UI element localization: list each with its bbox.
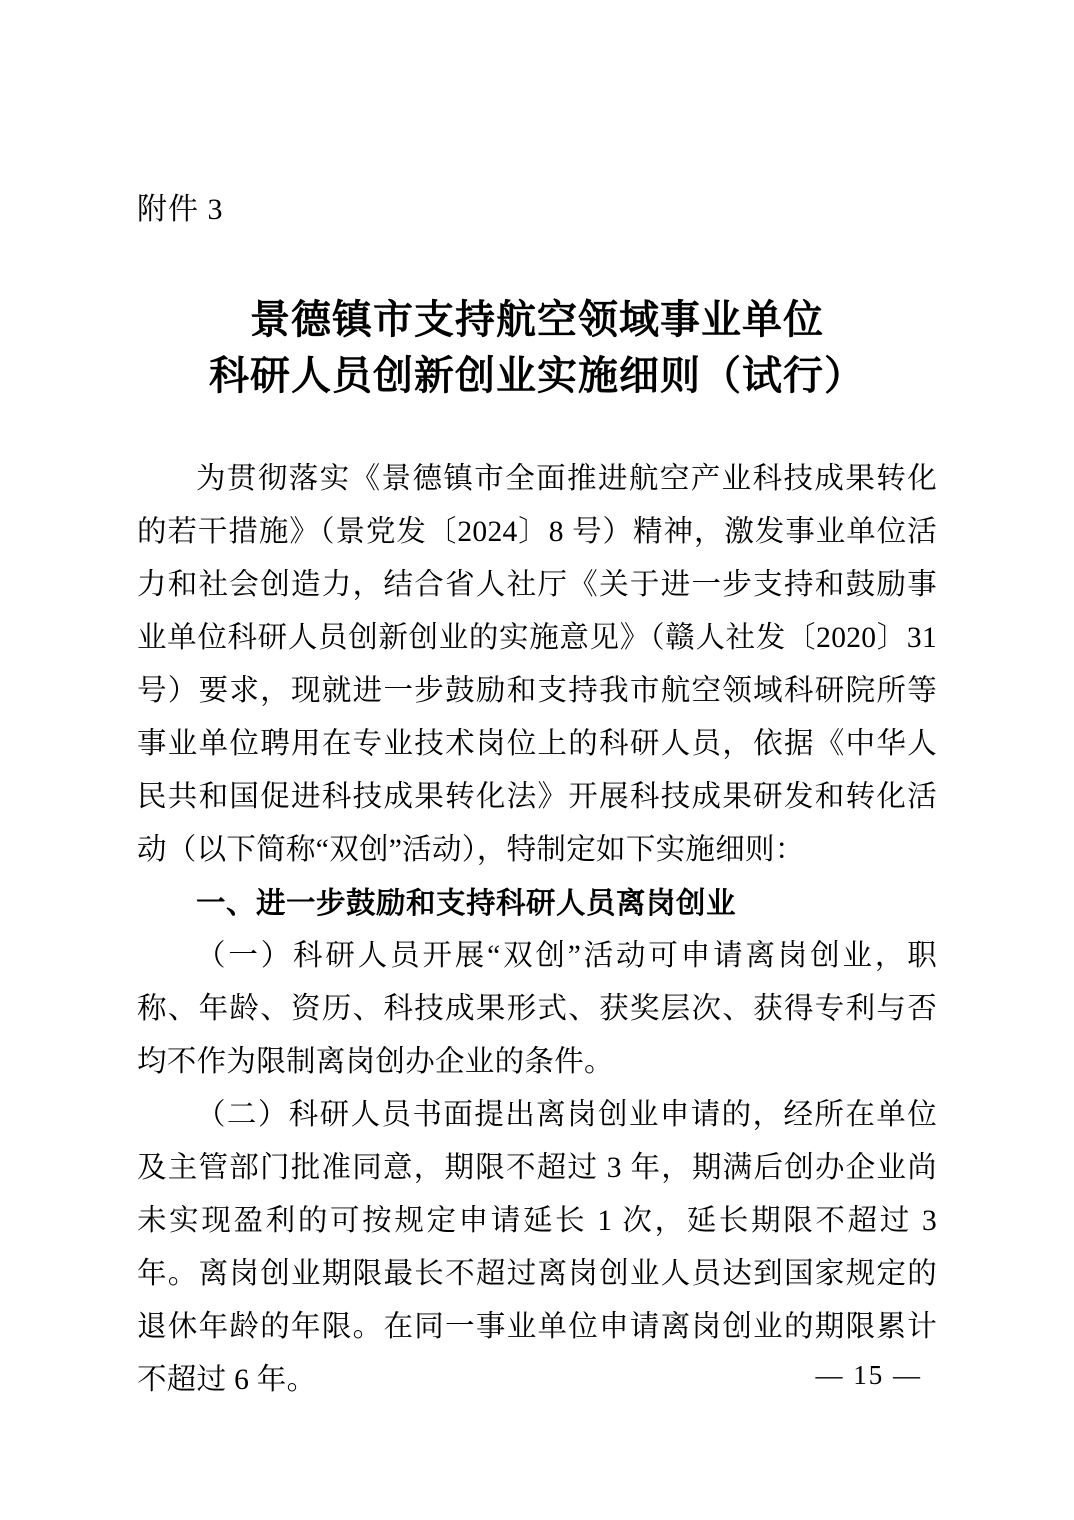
section-heading: 一、进一步鼓励和支持科研人员离岗创业 bbox=[137, 877, 937, 930]
document-title: 景德镇市支持航空领域事业单位 科研人员创新创业实施细则（试行） bbox=[137, 292, 937, 404]
document-title-line2: 科研人员创新创业实施细则（试行） bbox=[137, 348, 937, 404]
document-page: 附件 3 景德镇市支持航空领域事业单位 科研人员创新创业实施细则（试行） 为贯彻… bbox=[0, 0, 1074, 1520]
attachment-label: 附件 3 bbox=[137, 192, 937, 228]
paragraph: 为贯彻落实《景德镇市全面推进航空产业科技成果转化的若干措施》（景党发〔2024〕… bbox=[137, 453, 937, 877]
document-content: 附件 3 景德镇市支持航空领域事业单位 科研人员创新创业实施细则（试行） 为贯彻… bbox=[137, 0, 937, 1407]
document-title-line1: 景德镇市支持航空领域事业单位 bbox=[137, 292, 937, 348]
paragraph: （一）科研人员开展“双创”活动可申请离岗创业，职称、年龄、资历、科技成果形式、获… bbox=[137, 930, 937, 1089]
page-number: — 15 — bbox=[816, 1358, 923, 1392]
document-body: 为贯彻落实《景德镇市全面推进航空产业科技成果转化的若干措施》（景党发〔2024〕… bbox=[137, 453, 937, 1407]
